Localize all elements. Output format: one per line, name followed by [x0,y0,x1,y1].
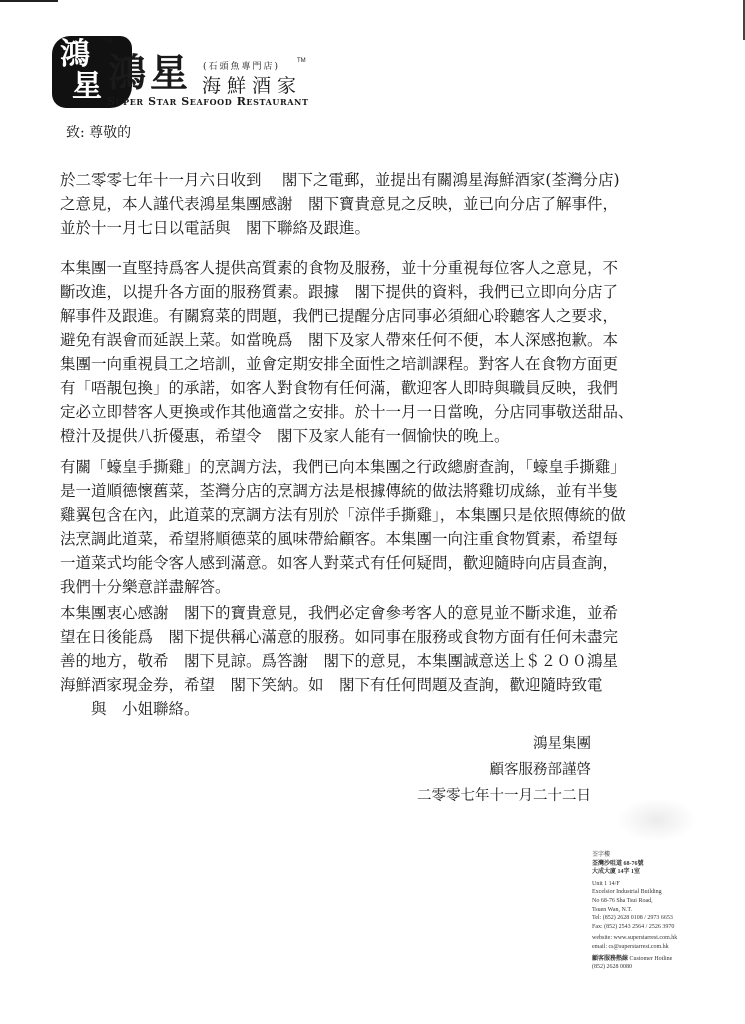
paragraph-1: 於二零零七年十一月六日收到 閣下之電郵，並提出有關鴻星海鮮酒家(荃灣分店) 之意… [60,168,690,240]
signature-department: 顧客服務部謹啓 [490,757,592,783]
address-line-cn: 荃灣沙咀道 68-76號 [592,861,644,867]
hotline-label: 顧客服務熱線 Customer Hotline [592,955,677,964]
text-line: 避免有誤會而延誤上菜。如當晚爲 閣下及家人帶來任何不便，本人深感抱歉。本 [60,328,690,352]
address-block: 荃字樓 荃灣沙咀道 68-76號 大成大廈 14字 1室 Unit 1 14/F… [592,851,677,972]
website-line: website: www.superstarrest.com.hk [592,934,677,943]
text-line: 有關「蠔皇手撕雞」的烹調方法，我們已向本集團之行政總廚查詢，「蠔皇手撕雞」 [60,455,690,479]
logo-char-1: 鴻 [60,38,90,72]
text-line: 是一道順德懷舊菜，荃灣分店的烹調方法是根據傳統的做法將雞切成絲，並有半隻 [60,479,690,503]
text-line: 本集團衷心感謝 閣下的寶貴意見，我們必定會參考客人的意見並不斷求進，並希 [60,601,690,625]
greeting: 致: 尊敬的 [66,122,131,142]
address-line-cn: 大成大廈 14字 1室 [592,869,640,875]
text-line: 海鮮酒家現金券，希望 閣下笑納。如 閣下有任何問題及查詢，歡迎隨時致電 [60,673,690,697]
faded-stamp-icon [617,798,697,842]
signature-organization: 鴻星集團 [533,731,591,757]
text-line: 集團一向重視員工之培訓，並會定期安排全面性之培訓課程。對客人在食物方面更 [60,352,690,376]
trademark-symbol: TM [102,38,112,45]
text-line: 與 小姐聯絡。 [60,697,690,721]
text-line: 於二零零七年十一月六日收到 閣下之電郵，並提出有關鴻星海鮮酒家(荃灣分店) [60,168,690,192]
text-line: 之意見，本人謹代表鴻星集團感謝 閣下寶貴意見之反映，並已向分店了解事件， [60,192,690,216]
text-line: 法烹調此道菜，希望將順德菜的風味帶給顧客。本集團一向注重食物質素，希望每 [60,527,690,551]
text-line: 斷改進，以提升各方面的服務質素。跟據 閣下提供的資料，我們已立即向分店了 [60,280,690,304]
hotline-label-en: Customer Hotline [630,956,673,962]
text-line: 一道菜式均能令客人感到滿意。如客人對菜式有任何疑問，歡迎隨時向店員查詢， [60,551,690,575]
brand-name-chinese: 鴻星 [108,52,192,94]
hotline-number: (852) 2628 0080 [592,963,677,972]
text-line: 定必立即替客人更換或作其他適當之安排。於十一月一日當晚，分店同事敬送甜品、 [60,400,690,424]
text-line: 本集團一直堅持爲客人提供高質素的食物及服務，並十分重視每位客人之意見，不 [60,256,690,280]
address-line-en: Unit 1 14/F [592,880,677,889]
paragraph-4: 本集團衷心感謝 閣下的寶貴意見，我們必定會參考客人的意見並不斷求進，並希 望在日… [60,601,690,721]
address-line-en: Tsuen Wan, N.T. [592,906,677,915]
address-line-en: Excelsior Industrial Building [592,888,677,897]
text-line: 並於十一月七日以電話與 閣下聯絡及跟進。 [60,216,690,240]
tel-line: Tel: (852) 2628 0108 / 2973 6653 [592,914,677,923]
scan-edge-mark [0,0,58,2]
text-line: 望在日後能爲 閣下提供稱心滿意的服務。如同事在服務或食物方面有任何未盡完 [60,625,690,649]
text-line: 解事件及跟進。有關寫菜的問題，我們已提醒分店同事必須細心聆聽客人之要求， [60,304,690,328]
text-line: 雞翼包含在內，此道菜的烹調方法有別於「涼伴手撕雞」，本集團只是依照傳統的做 [60,503,690,527]
text-line: 有「唔靚包換」的承諾，如客人對食物有任何滿，歡迎客人即時與職員反映，我們 [60,376,690,400]
brand-name-english: Super Star Seafood Restaurant [107,95,309,108]
email-line: email: cs@superstarrest.com.hk [592,943,677,952]
address-header-cn: 荃字樓 [592,851,677,860]
paragraph-3: 有關「蠔皇手撕雞」的烹調方法，我們已向本集團之行政總廚查詢，「蠔皇手撕雞」 是一… [60,455,690,599]
paragraph-2: 本集團一直堅持爲客人提供高質素的食物及服務，並十分重視每位客人之意見，不 斷改進… [60,256,690,448]
fax-line: Fax: (852) 2543 2564 / 2526 3970 [592,923,677,932]
brand-subtitle-chinese: 海鮮酒家 [202,71,302,98]
tagline-trademark: TM [297,58,306,64]
hotline-label-cn: 顧客服務熱線 [592,956,628,962]
text-line: 善的地方，敬希 閣下見諒。爲答謝 閣下的意見，本集團誠意送上＄２００鴻星 [60,649,690,673]
text-line: 我們十分樂意詳盡解答。 [60,575,690,599]
signature-date: 二零零七年十一月二十二日 [417,783,591,809]
logo-char-2: 星 [72,70,102,104]
text-line: 橙汁及提供八折優惠，希望令 閣下及家人能有一個愉快的晚上。 [60,424,690,448]
address-line-en: No 68-76 Sha Tsui Road, [592,897,677,906]
